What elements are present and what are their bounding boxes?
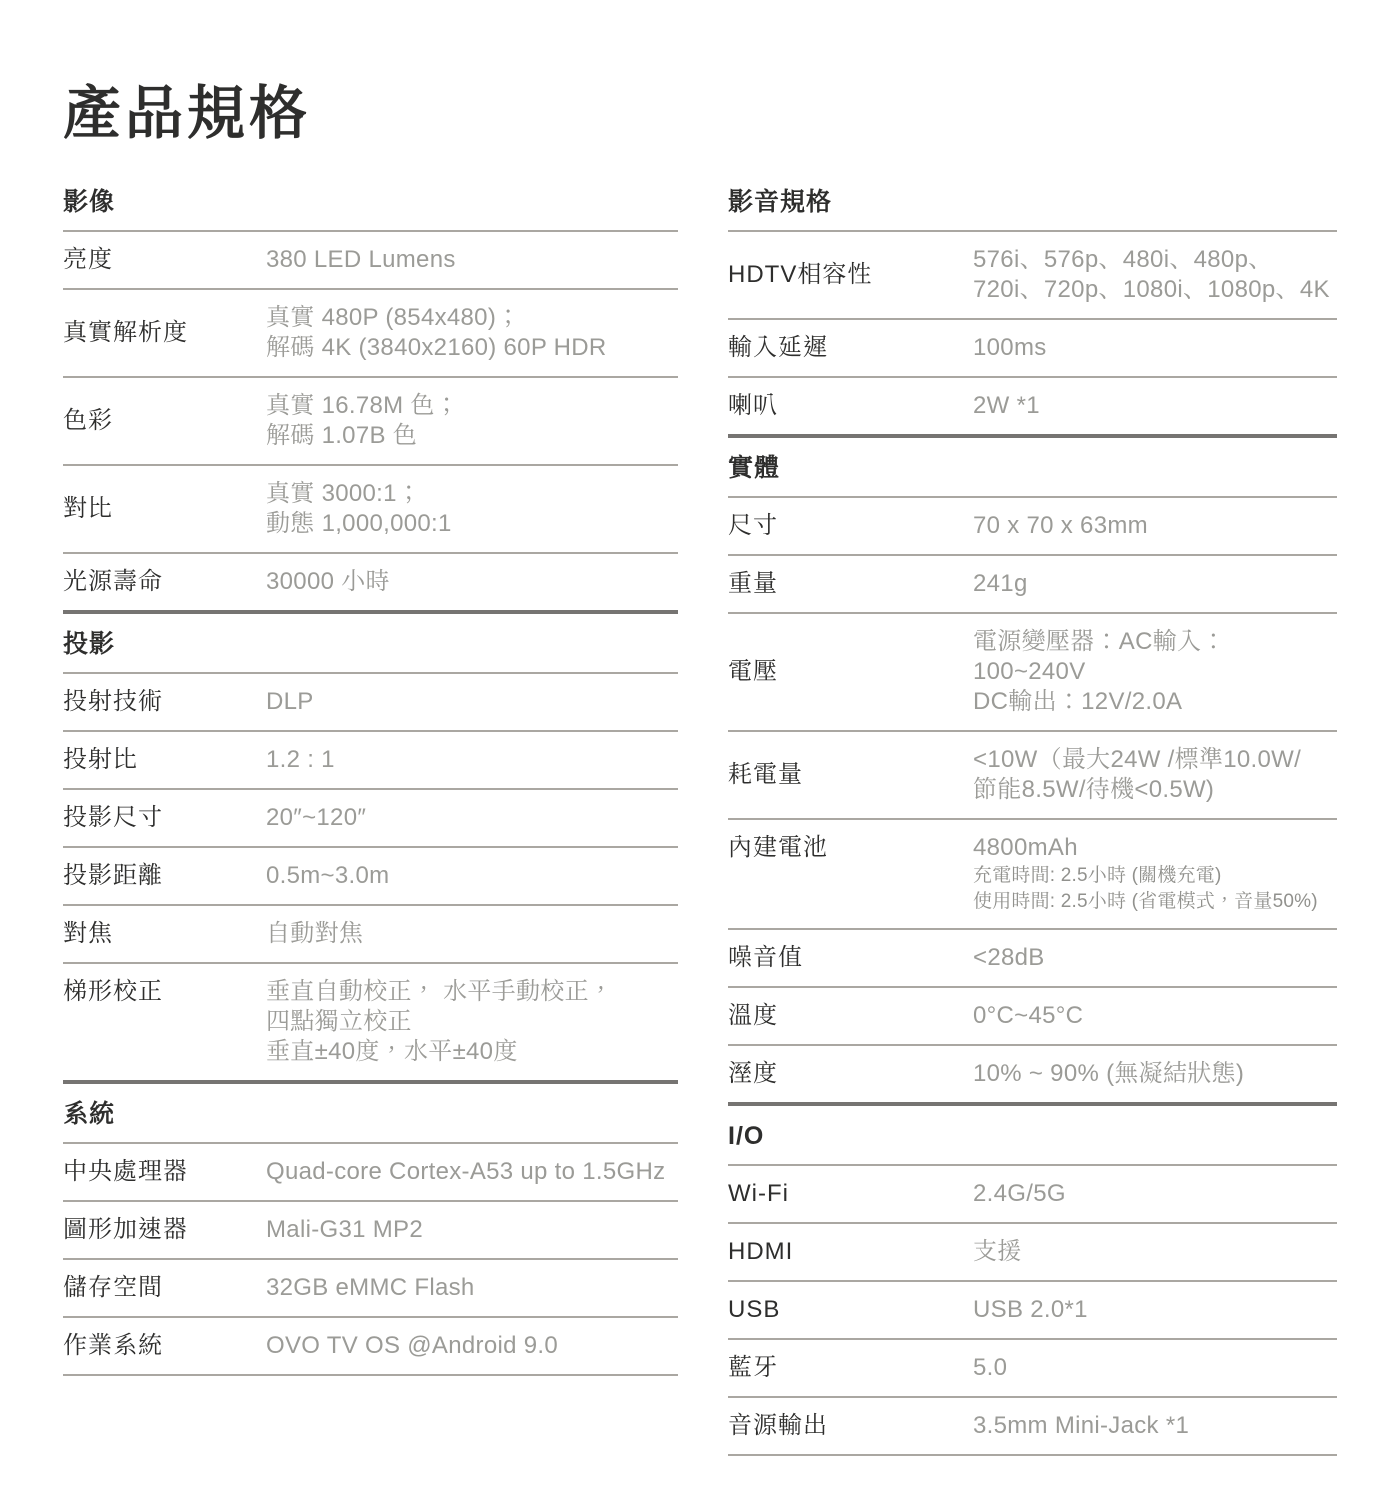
spec-label: 投影距離 [63,861,266,891]
spec-label: 耗電量 [728,760,973,790]
spec-value: 32GB eMMC Flash [266,1273,678,1303]
spec-value-line: 100ms [973,333,1337,363]
section-av-specs: 影音規格HDTV相容性576i、576p、480i、480p、720i、720p… [728,172,1337,438]
spec-value-line: <28dB [973,943,1337,973]
spec-value: 380 LED Lumens [266,245,678,275]
spec-value-line: 解碼 4K (3840x2160) 60P HDR [266,333,678,363]
section-physical: 實體尺寸70 x 70 x 63mm重量241g電壓電源變壓器：AC輸入：100… [728,438,1337,1106]
spec-value-line: 0°C~45°C [973,1001,1337,1031]
spec-value: 2.4G/5G [973,1179,1337,1209]
spec-label: 儲存空間 [63,1273,266,1303]
section-title-physical: 實體 [728,438,1337,498]
spec-row: 真實解析度真實 480P (854x480)；解碼 4K (3840x2160)… [63,290,678,378]
spec-value: 真實 16.78M 色；解碼 1.07B 色 [266,391,678,451]
spec-value: 5.0 [973,1353,1337,1383]
section-projection: 投影投射技術DLP投射比1.2 : 1投影尺寸20″~120″投影距離0.5m~… [63,614,678,1084]
spec-value: 電源變壓器：AC輸入：100~240VDC輸出：12V/2.0A [973,627,1337,717]
spec-value-line: 1.2 : 1 [266,745,678,775]
spec-row: USBUSB 2.0*1 [728,1282,1337,1340]
spec-value: 1.2 : 1 [266,745,678,775]
spec-value-line: 節能8.5W/待機<0.5W) [973,775,1337,805]
spec-value-line: 真實 480P (854x480)； [266,303,678,333]
spec-value-line: OVO TV OS @Android 9.0 [266,1331,678,1361]
spec-value-line: 2W *1 [973,391,1337,421]
spec-label: 投射技術 [63,687,266,717]
spec-label: HDTV相容性 [728,260,973,290]
spec-value: USB 2.0*1 [973,1295,1337,1325]
spec-label: 音源輸出 [728,1411,973,1441]
spec-value-subline: 使用時間: 2.5小時 (省電模式，音量50%) [973,889,1337,915]
spec-value: 垂直自動校正， 水平手動校正，四點獨立校正垂直±40度，水平±40度 [266,977,678,1067]
spec-value-line: 3.5mm Mini-Jack *1 [973,1411,1337,1441]
spec-value-line: 垂直自動校正， 水平手動校正， [266,977,678,1007]
spec-row: 耗電量<10W（最大24W /標準10.0W/節能8.5W/待機<0.5W) [728,732,1337,820]
section-title-system: 系統 [63,1084,678,1144]
spec-value: <28dB [973,943,1337,973]
spec-value: 10% ~ 90% (無凝結狀態) [973,1059,1337,1089]
spec-label: 投射比 [63,745,266,775]
spec-value: 241g [973,569,1337,599]
spec-value: 20″~120″ [266,803,678,833]
spec-row: 圖形加速器Mali-G31 MP2 [63,1202,678,1260]
spec-value-line: 0.5m~3.0m [266,861,678,891]
spec-label: 內建電池 [728,833,973,863]
spec-value: 真實 3000:1；動態 1,000,000:1 [266,479,678,539]
spec-value-line: 垂直±40度，水平±40度 [266,1037,678,1067]
spec-label: HDMI [728,1237,973,1267]
spec-label: 亮度 [63,245,266,275]
spec-value-line: 380 LED Lumens [266,245,678,275]
spec-value: 3.5mm Mini-Jack *1 [973,1411,1337,1441]
spec-row: 噪音值<28dB [728,930,1337,988]
spec-label: 輸入延遲 [728,333,973,363]
spec-label: 光源壽命 [63,567,266,597]
section-title-projection: 投影 [63,614,678,674]
spec-column-left: 影像亮度380 LED Lumens真實解析度真實 480P (854x480)… [63,172,678,1376]
spec-row: 重量241g [728,556,1337,614]
spec-label: 作業系統 [63,1331,266,1361]
spec-sheet: 產品規格 影像亮度380 LED Lumens真實解析度真實 480P (854… [0,0,1400,1496]
spec-value-line: 2.4G/5G [973,1179,1337,1209]
spec-value-line: 70 x 70 x 63mm [973,511,1337,541]
spec-value: 0°C~45°C [973,1001,1337,1031]
spec-value-line: 5.0 [973,1353,1337,1383]
spec-label: USB [728,1295,973,1325]
spec-row: 色彩真實 16.78M 色；解碼 1.07B 色 [63,378,678,466]
spec-value-line: 32GB eMMC Flash [266,1273,678,1303]
spec-row: 光源壽命30000 小時 [63,554,678,614]
spec-value-line: 4800mAh [973,833,1337,863]
spec-value: 4800mAh充電時間: 2.5小時 (關機充電)使用時間: 2.5小時 (省電… [973,833,1337,915]
spec-label: Wi-Fi [728,1179,973,1209]
spec-row: 藍牙5.0 [728,1340,1337,1398]
spec-value: Quad-core Cortex-A53 up to 1.5GHz [266,1157,678,1187]
spec-row: 梯形校正垂直自動校正， 水平手動校正，四點獨立校正垂直±40度，水平±40度 [63,964,678,1084]
spec-label: 重量 [728,569,973,599]
spec-row: 溼度10% ~ 90% (無凝結狀態) [728,1046,1337,1106]
spec-value: 100ms [973,333,1337,363]
spec-value-line: 支援 [973,1237,1337,1267]
spec-row: 溫度0°C~45°C [728,988,1337,1046]
spec-row: 喇叭2W *1 [728,378,1337,438]
spec-label: 圖形加速器 [63,1215,266,1245]
spec-value: 真實 480P (854x480)；解碼 4K (3840x2160) 60P … [266,303,678,363]
spec-value: 2W *1 [973,391,1337,421]
spec-label: 投影尺寸 [63,803,266,833]
spec-value-line: DC輸出：12V/2.0A [973,687,1337,717]
spec-value-line: 電源變壓器：AC輸入：100~240V [973,627,1337,687]
spec-row: HDMI支援 [728,1224,1337,1282]
spec-value-line: 自動對焦 [266,919,678,949]
spec-row: 內建電池4800mAh充電時間: 2.5小時 (關機充電)使用時間: 2.5小時… [728,820,1337,930]
spec-column-right: 影音規格HDTV相容性576i、576p、480i、480p、720i、720p… [728,172,1337,1456]
spec-value-line: 動態 1,000,000:1 [266,509,678,539]
spec-row: 儲存空間32GB eMMC Flash [63,1260,678,1318]
spec-row: 投影尺寸20″~120″ [63,790,678,848]
section-title-io: I/O [728,1106,1337,1166]
spec-value-line: 真實 3000:1； [266,479,678,509]
page-title: 產品規格 [63,82,1337,146]
spec-value-line: 真實 16.78M 色； [266,391,678,421]
section-io: I/OWi-Fi2.4G/5GHDMI支援USBUSB 2.0*1藍牙5.0音源… [728,1106,1337,1456]
spec-columns: 影像亮度380 LED Lumens真實解析度真實 480P (854x480)… [63,172,1337,1456]
spec-value: 576i、576p、480i、480p、720i、720p、1080i、1080… [973,245,1337,305]
spec-value: DLP [266,687,678,717]
spec-value-line: 241g [973,569,1337,599]
spec-label: 梯形校正 [63,977,266,1007]
spec-label: 噪音值 [728,943,973,973]
spec-value: 自動對焦 [266,919,678,949]
spec-label: 對焦 [63,919,266,949]
spec-value-line: Mali-G31 MP2 [266,1215,678,1245]
spec-value-line: 30000 小時 [266,567,678,597]
spec-value: OVO TV OS @Android 9.0 [266,1331,678,1361]
spec-row: 輸入延遲100ms [728,320,1337,378]
spec-label: 對比 [63,494,266,524]
spec-row: 對比真實 3000:1；動態 1,000,000:1 [63,466,678,554]
spec-row: 中央處理器Quad-core Cortex-A53 up to 1.5GHz [63,1144,678,1202]
spec-label: 溼度 [728,1059,973,1089]
section-system: 系統中央處理器Quad-core Cortex-A53 up to 1.5GHz… [63,1084,678,1376]
section-title-image: 影像 [63,172,678,232]
spec-row: Wi-Fi2.4G/5G [728,1166,1337,1224]
spec-row: 投射技術DLP [63,674,678,732]
spec-value-subline: 充電時間: 2.5小時 (關機充電) [973,863,1337,889]
spec-value: 70 x 70 x 63mm [973,511,1337,541]
spec-row: HDTV相容性576i、576p、480i、480p、720i、720p、108… [728,232,1337,320]
spec-row: 投影距離0.5m~3.0m [63,848,678,906]
spec-value-line: 10% ~ 90% (無凝結狀態) [973,1059,1337,1089]
spec-label: 藍牙 [728,1353,973,1383]
spec-value-line: 20″~120″ [266,803,678,833]
spec-value: 30000 小時 [266,567,678,597]
spec-row: 音源輸出3.5mm Mini-Jack *1 [728,1398,1337,1456]
spec-label: 中央處理器 [63,1157,266,1187]
spec-label: 溫度 [728,1001,973,1031]
spec-value-line: Quad-core Cortex-A53 up to 1.5GHz [266,1157,678,1187]
spec-label: 喇叭 [728,391,973,421]
spec-value-line: 720i、720p、1080i、1080p、4K [973,275,1337,305]
spec-value-line: USB 2.0*1 [973,1295,1337,1325]
section-title-av-specs: 影音規格 [728,172,1337,232]
spec-row: 亮度380 LED Lumens [63,232,678,290]
spec-value: <10W（最大24W /標準10.0W/節能8.5W/待機<0.5W) [973,745,1337,805]
spec-value-line: 解碼 1.07B 色 [266,421,678,451]
spec-label: 尺寸 [728,511,973,541]
spec-row: 尺寸70 x 70 x 63mm [728,498,1337,556]
spec-value-line: 576i、576p、480i、480p、 [973,245,1337,275]
spec-value-line: 四點獨立校正 [266,1007,678,1037]
spec-label: 電壓 [728,657,973,687]
spec-value-line: <10W（最大24W /標準10.0W/ [973,745,1337,775]
spec-label: 色彩 [63,406,266,436]
spec-value: 支援 [973,1237,1337,1267]
spec-row: 對焦自動對焦 [63,906,678,964]
spec-value-line: DLP [266,687,678,717]
spec-row: 電壓電源變壓器：AC輸入：100~240VDC輸出：12V/2.0A [728,614,1337,732]
spec-label: 真實解析度 [63,318,266,348]
spec-value: 0.5m~3.0m [266,861,678,891]
spec-row: 投射比1.2 : 1 [63,732,678,790]
section-image: 影像亮度380 LED Lumens真實解析度真實 480P (854x480)… [63,172,678,614]
spec-row: 作業系統OVO TV OS @Android 9.0 [63,1318,678,1376]
spec-value: Mali-G31 MP2 [266,1215,678,1245]
